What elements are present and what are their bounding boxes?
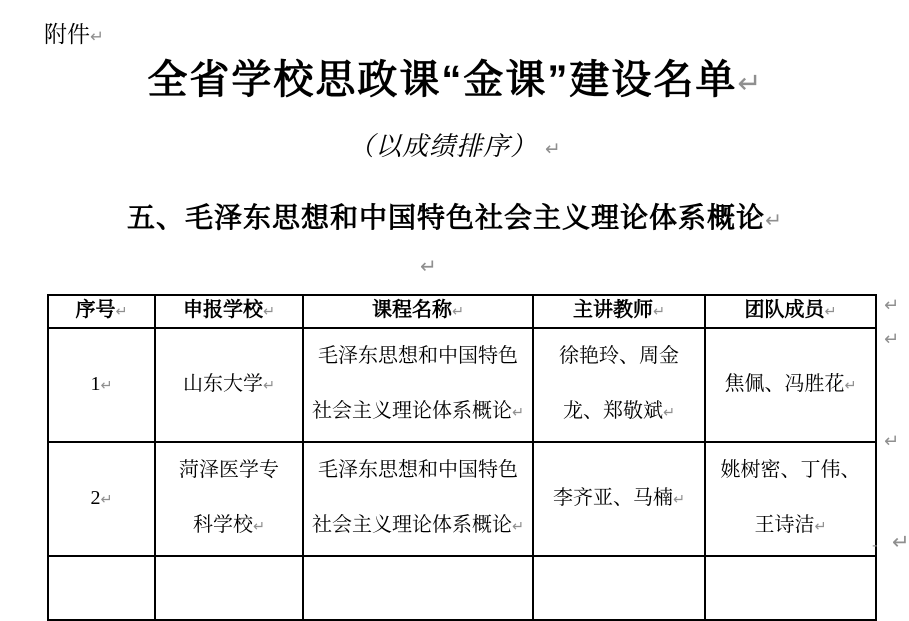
header-cell-team: 团队成员↵ <box>705 295 876 328</box>
cell-school: 菏泽医学专 科学校↵ <box>155 442 303 556</box>
cell-seq: 2↵ <box>48 442 155 556</box>
paragraph-mark-icon: ↵ <box>263 378 275 394</box>
subtitle-text: （以成绩排序） <box>348 132 537 161</box>
cell-course <box>303 556 533 561</box>
cell-teachers: 李齐亚、马楠↵ <box>533 442 705 556</box>
paragraph-mark-icon: ↵ <box>663 405 675 421</box>
paragraph-mark-icon: ↵ <box>420 254 437 278</box>
row-end-mark-icon: ↵ <box>884 431 899 452</box>
cell-teachers <box>533 556 705 561</box>
seq-text: 1 <box>90 373 100 395</box>
cell-school: 山东大学↵ <box>155 328 303 442</box>
paragraph-mark-icon: ↵ <box>844 378 856 394</box>
table-row: 1↵ 山东大学↵ 毛泽东思想和中国特色 社会主义理论体系概论↵ 徐艳玲、周金 龙… <box>48 328 876 442</box>
paragraph-mark-icon: ↵ <box>452 304 464 320</box>
header-seq-text: 序号 <box>75 299 115 321</box>
paragraph-mark-icon: ↵ <box>512 519 524 535</box>
paragraph-mark-icon: ↵ <box>673 492 685 508</box>
paragraph-mark-icon: ↵ <box>814 519 826 535</box>
section-heading: 五、毛泽东思想和中国特色社会主义理论体系概论↵ <box>0 199 909 239</box>
paragraph-mark-icon: ↵ <box>115 304 127 320</box>
header-school-text: 申报学校 <box>183 299 263 321</box>
paragraph-mark-icon: ↵ <box>737 66 761 100</box>
section-heading-text: 五、毛泽东思想和中国特色社会主义理论体系概论 <box>127 202 765 233</box>
header-cell-school: 申报学校↵ <box>155 295 303 328</box>
row-end-mark-icon: ↵ <box>884 295 899 316</box>
cell-team: 焦佩、冯胜花↵ <box>705 328 876 442</box>
document-subtitle: （以成绩排序）↵ <box>0 130 909 167</box>
header-team-text: 团队成员 <box>744 299 824 321</box>
title-text: 全省学校思政课“金课”建设名单 <box>147 58 737 102</box>
course-text: 毛泽东思想和中国特色 社会主义理论体系概论 <box>312 459 518 536</box>
team-text: 焦佩、冯胜花 <box>724 373 844 395</box>
dash-mark: - <box>872 536 877 554</box>
cell-team <box>705 556 876 561</box>
document-title: 全省学校思政课“金课”建设名单↵ <box>0 56 909 107</box>
table-row-partial <box>48 556 876 561</box>
header-cell-teachers: 主讲教师↵ <box>533 295 705 328</box>
empty-paragraph: ↵ <box>420 252 437 280</box>
cell-course: 毛泽东思想和中国特色 社会主义理论体系概论↵ <box>303 442 533 556</box>
cell-school <box>155 556 303 561</box>
cell-teachers: 徐艳玲、周金 龙、郑敬斌↵ <box>533 328 705 442</box>
cell-team: 姚树密、丁伟、 王诗洁↵ <box>705 442 876 556</box>
paragraph-mark-icon: ↵ <box>100 378 112 394</box>
paragraph-mark-icon: ↵ <box>545 139 561 160</box>
table-header-row: 序号↵ 申报学校↵ 课程名称↵ 主讲教师↵ 团队成员↵ <box>48 295 876 328</box>
cell-course: 毛泽东思想和中国特色 社会主义理论体系概论↵ <box>303 328 533 442</box>
table-row: 2↵ 菏泽医学专 科学校↵ 毛泽东思想和中国特色 社会主义理论体系概论↵ 李齐亚… <box>48 442 876 556</box>
school-text: 山东大学 <box>183 373 263 395</box>
attachment-text: 附件 <box>44 21 90 47</box>
header-course-text: 课程名称 <box>372 299 452 321</box>
course-text: 毛泽东思想和中国特色 社会主义理论体系概论 <box>312 345 518 422</box>
seq-text: 2 <box>90 487 100 509</box>
paragraph-mark-icon: ↵ <box>765 208 782 232</box>
course-list-table: 序号↵ 申报学校↵ 课程名称↵ 主讲教师↵ 团队成员↵ 1↵ 山东大学↵ 毛泽东… <box>47 294 877 561</box>
row-end-mark-icon: ↵ <box>892 530 909 554</box>
cell-seq: 1↵ <box>48 328 155 442</box>
header-cell-seq: 序号↵ <box>48 295 155 328</box>
teachers-text: 徐艳玲、周金 龙、郑敬斌 <box>559 345 679 422</box>
paragraph-mark-icon: ↵ <box>253 519 265 535</box>
document-page: 附件↵ 全省学校思政课“金课”建设名单↵ （以成绩排序）↵ 五、毛泽东思想和中国… <box>0 0 909 561</box>
header-teachers-text: 主讲教师 <box>573 299 653 321</box>
paragraph-mark-icon: ↵ <box>263 304 275 320</box>
cell-seq <box>48 556 155 561</box>
attachment-label: 附件↵ <box>44 16 104 49</box>
teachers-text: 李齐亚、马楠 <box>553 487 673 509</box>
paragraph-mark-icon: ↵ <box>653 304 665 320</box>
paragraph-mark-icon: ↵ <box>90 27 104 46</box>
paragraph-mark-icon: ↵ <box>100 492 112 508</box>
team-text: 姚树密、丁伟、 王诗洁 <box>721 459 861 536</box>
paragraph-mark-icon: ↵ <box>824 304 836 320</box>
header-cell-course: 课程名称↵ <box>303 295 533 328</box>
paragraph-mark-icon: ↵ <box>512 405 524 421</box>
row-end-mark-icon: ↵ <box>884 329 899 350</box>
